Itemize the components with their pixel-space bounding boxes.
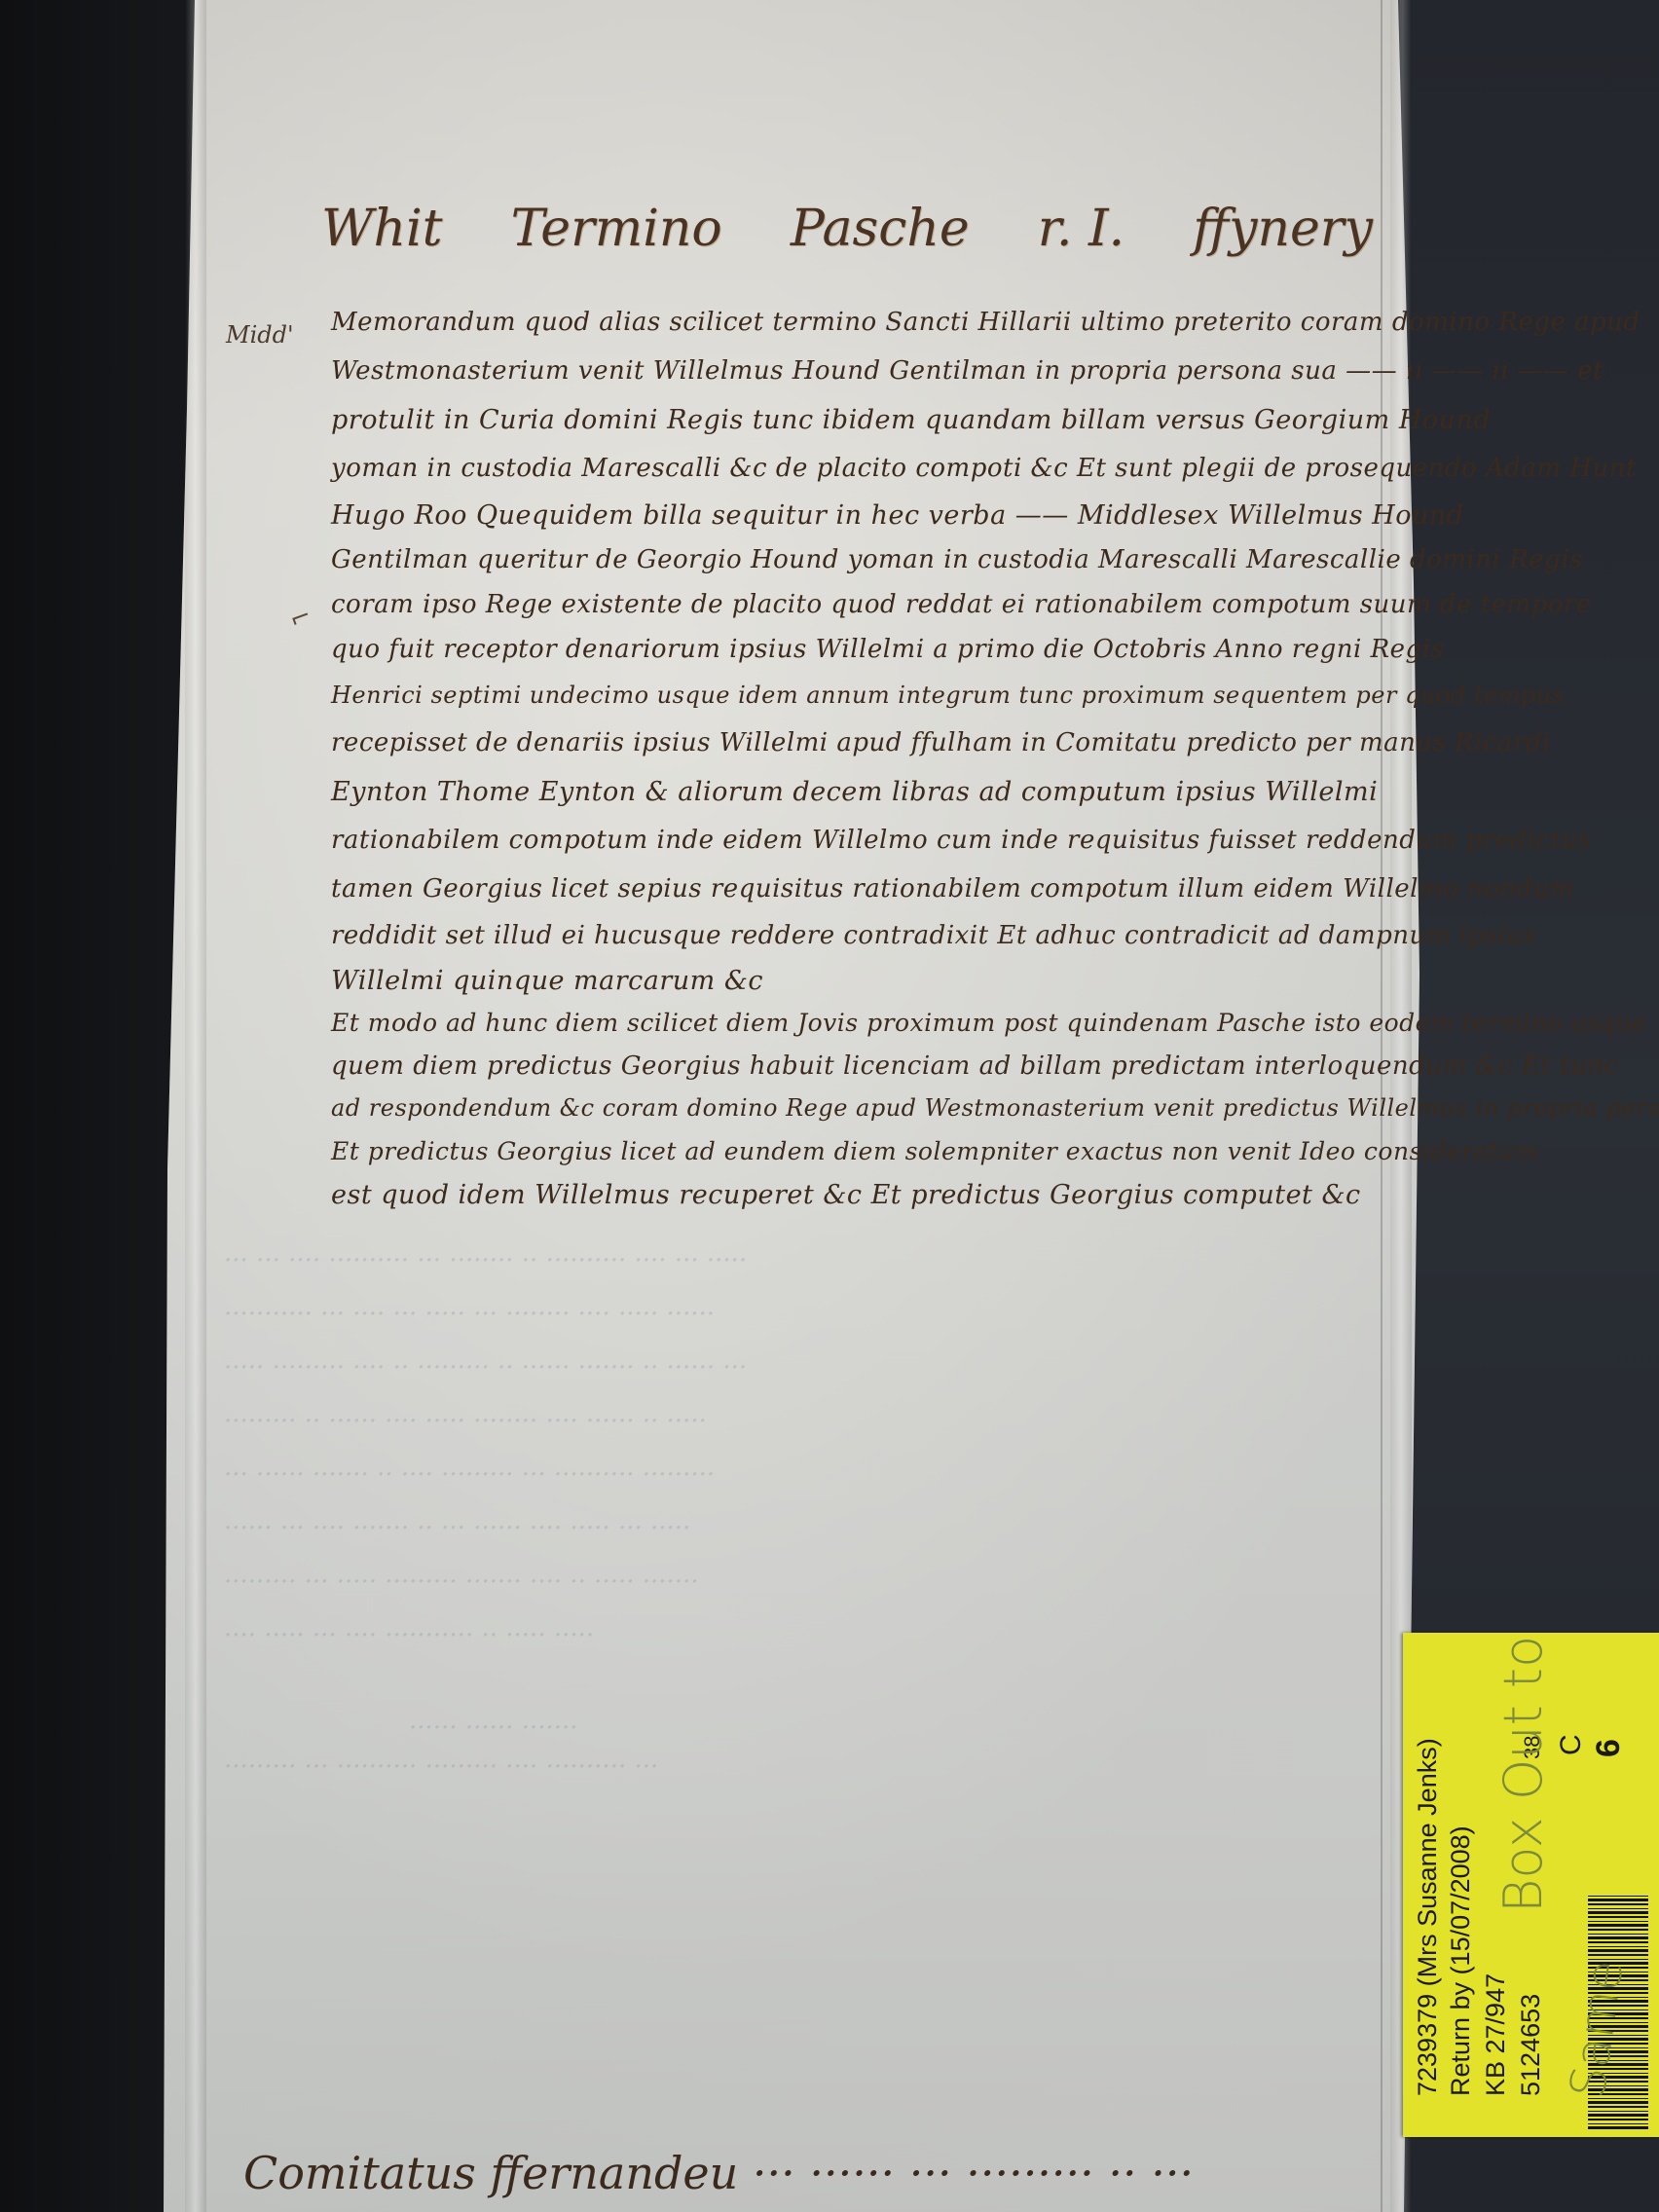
archive-request-tag: 7239379 (Mrs Susanne Jenks) Return by (1…	[1403, 1633, 1659, 2137]
membrane-heading: Whit Termino Pasche r. I. ffynery	[321, 200, 1373, 258]
parchment-left-edge	[185, 0, 206, 2212]
text-line: yoman in custodia Marescalli &c de placi…	[331, 454, 1637, 483]
tag-return-by: Return by (15/07/2008)	[1444, 1825, 1477, 2096]
show-through-line: ···· ····· ··· ···· ··········· ·· ·····…	[224, 1621, 594, 1650]
show-through-line: ··· ······ ······· ·· ···· ········· ···…	[224, 1460, 715, 1490]
next-entry-heading: Comitatus ffernandeu ··· ······ ··· ····…	[243, 2147, 1194, 2199]
tag-code: C	[1555, 1734, 1588, 1755]
show-through-line: ··········· ··· ···· ··· ····· ··· ·····…	[224, 1300, 715, 1329]
text-line: Henrici septimi undecimo usque idem annu…	[331, 682, 1565, 709]
text-line: ad respondendum &c coram domino Rege apu…	[331, 1094, 1659, 1122]
text-line: quo fuit receptor denariorum ipsius Will…	[331, 635, 1444, 664]
show-through-line: ······ ······ ·······	[409, 1714, 578, 1743]
heading-word: r. I.	[1038, 200, 1124, 258]
tag-content-rotated: 7239379 (Mrs Susanne Jenks) Return by (1…	[1403, 1633, 1659, 2137]
text-line: Gentilman queritur de Georgio Hound yoma…	[331, 545, 1583, 574]
show-through-line: ······ ··· ···· ······· ·· ··· ······ ··…	[224, 1514, 690, 1543]
text-line: Memorandum quod alias scilicet termino S…	[331, 308, 1641, 337]
show-through-line: ········· ·· ······ ···· ····· ········ …	[224, 1407, 707, 1436]
text-line: protulit in Curia domini Regis tunc ibid…	[331, 405, 1491, 435]
text-line: Willelmi quinque marcarum &c	[331, 966, 763, 996]
heading-word: Whit	[321, 200, 442, 258]
text-line: rationabilem compotum inde eidem Willelm…	[331, 826, 1592, 855]
text-line: quem diem predictus Georgius habuit lice…	[331, 1051, 1619, 1081]
text-line: Hugo Roo Quequidem billa sequitur in hec…	[331, 500, 1464, 531]
text-line: Westmonasterium venit Willelmus Hound Ge…	[331, 356, 1604, 386]
tag-code: 6	[1590, 1739, 1628, 1757]
text-line: est quod idem Willelmus recuperet &c Et …	[331, 1180, 1361, 1210]
handwritten-note: Box Out to	[1493, 1636, 1554, 1913]
text-line: Eynton Thome Eynton & aliorum decem libr…	[331, 777, 1378, 807]
text-line: coram ipso Rege existente de placito quo…	[331, 590, 1592, 619]
tag-id-number: 5124653	[1514, 1994, 1547, 2096]
tag-reference: KB 27/947	[1479, 1973, 1512, 2096]
text-line: tamen Georgius licet sepius requisitus r…	[331, 874, 1574, 903]
heading-word: Termino	[511, 200, 722, 258]
heading-word: Pasche	[791, 200, 970, 258]
show-through-line: ········· ··· ····· ········· ······· ··…	[224, 1567, 699, 1597]
show-through-line: ····· ········· ···· ·· ········· ·· ···…	[224, 1353, 747, 1382]
text-line: recepisset de denariis ipsius Willelmi a…	[331, 728, 1551, 757]
margin-county-note: Midd'	[226, 321, 294, 349]
text-line: Et modo ad hunc diem scilicet diem Jovis…	[331, 1009, 1647, 1037]
show-through-line: ········· ··· ·········· ········· ···· …	[224, 1752, 658, 1782]
show-through-line: ··· ··· ···· ·········· ··· ········ ·· …	[224, 1246, 747, 1275]
heading-word: ffynery	[1193, 200, 1373, 258]
tag-reader-line: 7239379 (Mrs Susanne Jenks)	[1411, 1738, 1444, 2096]
text-line: Et predictus Georgius licet ad eundem di…	[331, 1137, 1538, 1165]
text-line: reddidit set illud ei hucusque reddere c…	[331, 921, 1536, 950]
